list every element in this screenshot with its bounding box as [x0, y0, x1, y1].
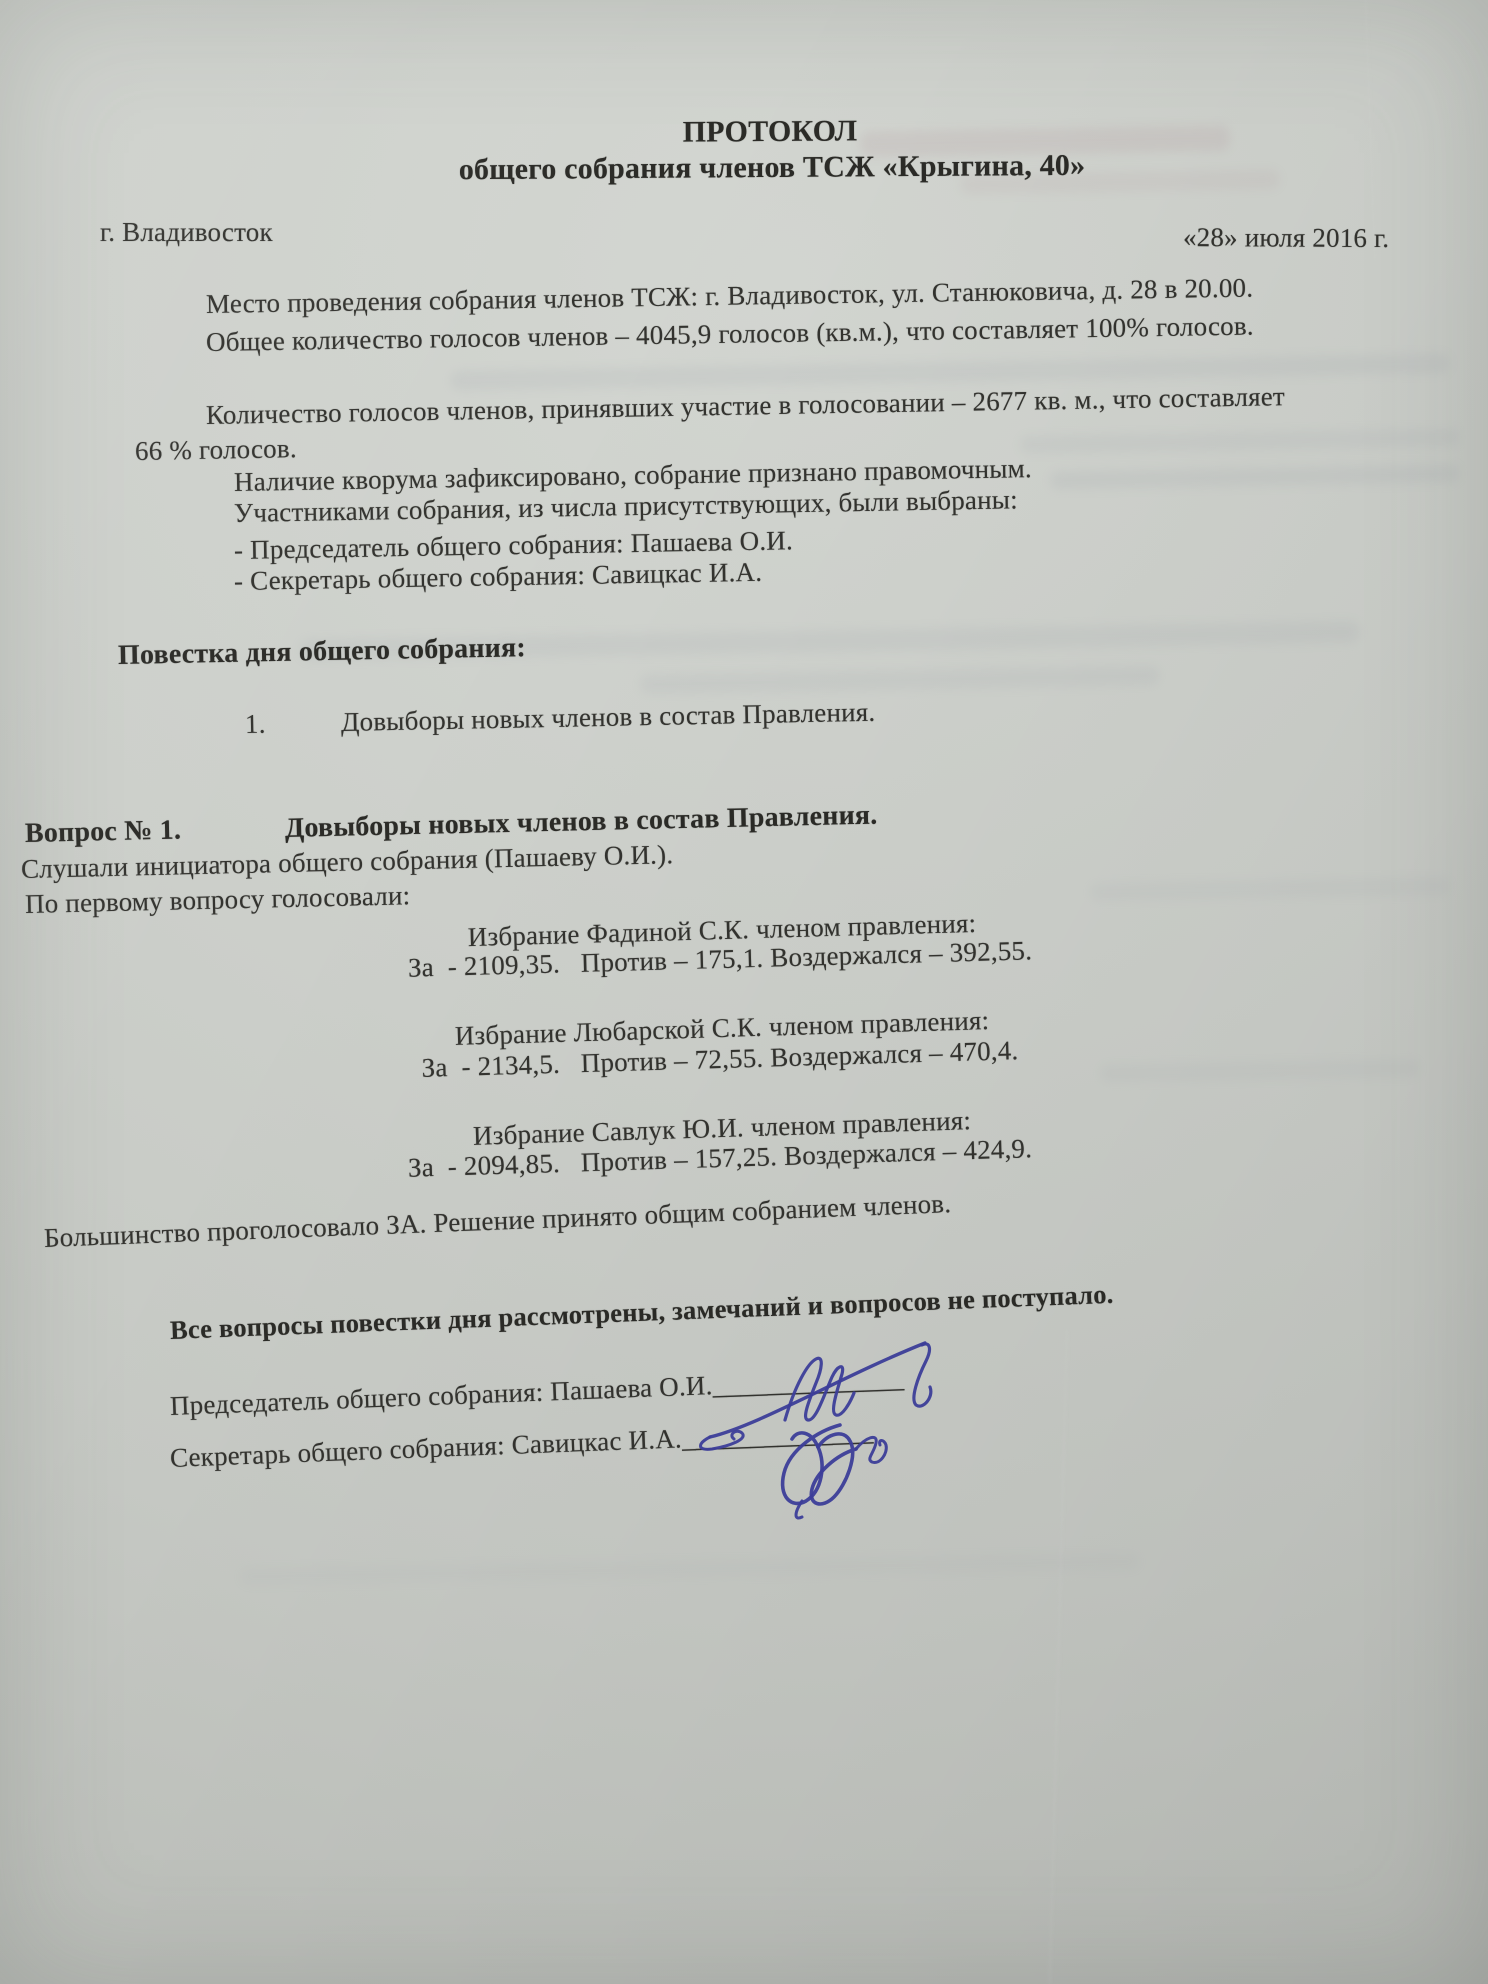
question1-label: Вопрос № 1. [25, 814, 182, 850]
bleedthrough-smudge [1020, 428, 1460, 454]
paper-crease [1047, 1330, 1068, 1984]
participation-line-1: Количество голосов членов, принявших уча… [206, 380, 1285, 431]
date: «28» июля 2016 г. [1183, 221, 1389, 254]
document-photo: ПРОТОКОЛ общего собрания членов ТСЖ «Кры… [0, 0, 1488, 1984]
chairman-signature-underline: ______________ [712, 1363, 905, 1400]
city: г. Владивосток [100, 216, 273, 248]
secretary-signature-underline: ______________ [681, 1416, 874, 1453]
participation-line-2: 66 % голосов. [135, 432, 297, 467]
secretary-signature-label: Секретарь общего собрания: Савицкас И.А. [169, 1423, 682, 1473]
chairman-signature-label: Председатель общего собрания: Пашаева О.… [169, 1370, 713, 1421]
decision-line: Большинство проголосовало ЗА. Решение пр… [43, 1187, 951, 1254]
secretary-signature-line: Секретарь общего собрания: Савицкас И.А.… [169, 1415, 874, 1474]
bleedthrough-smudge [240, 1552, 1140, 1586]
bleedthrough-smudge [1050, 464, 1460, 489]
question1-voted-line: По первому вопросу голосовали: [25, 879, 411, 920]
doc-title: ПРОТОКОЛ [683, 115, 858, 148]
bleedthrough-smudge [1100, 1059, 1420, 1083]
bleedthrough-smudge [640, 665, 1160, 694]
agenda-item-text: Довыборы новых членов в состав Правления… [341, 696, 876, 738]
agenda-heading: Повестка дня общего собрания: [118, 632, 526, 672]
bleedthrough-smudge [1090, 877, 1450, 901]
chairman-signature-line: Председатель общего собрания: Пашаева О.… [169, 1362, 904, 1422]
doc-subtitle: общего собрания членов ТСЖ «Крыгина, 40» [459, 150, 1086, 186]
agenda-item-number: 1. [245, 708, 266, 740]
closing-summary-line: Все вопросы повестки дня рассмотрены, за… [169, 1278, 1114, 1346]
question1-title: Довыборы новых членов в состав Правления… [285, 800, 878, 845]
